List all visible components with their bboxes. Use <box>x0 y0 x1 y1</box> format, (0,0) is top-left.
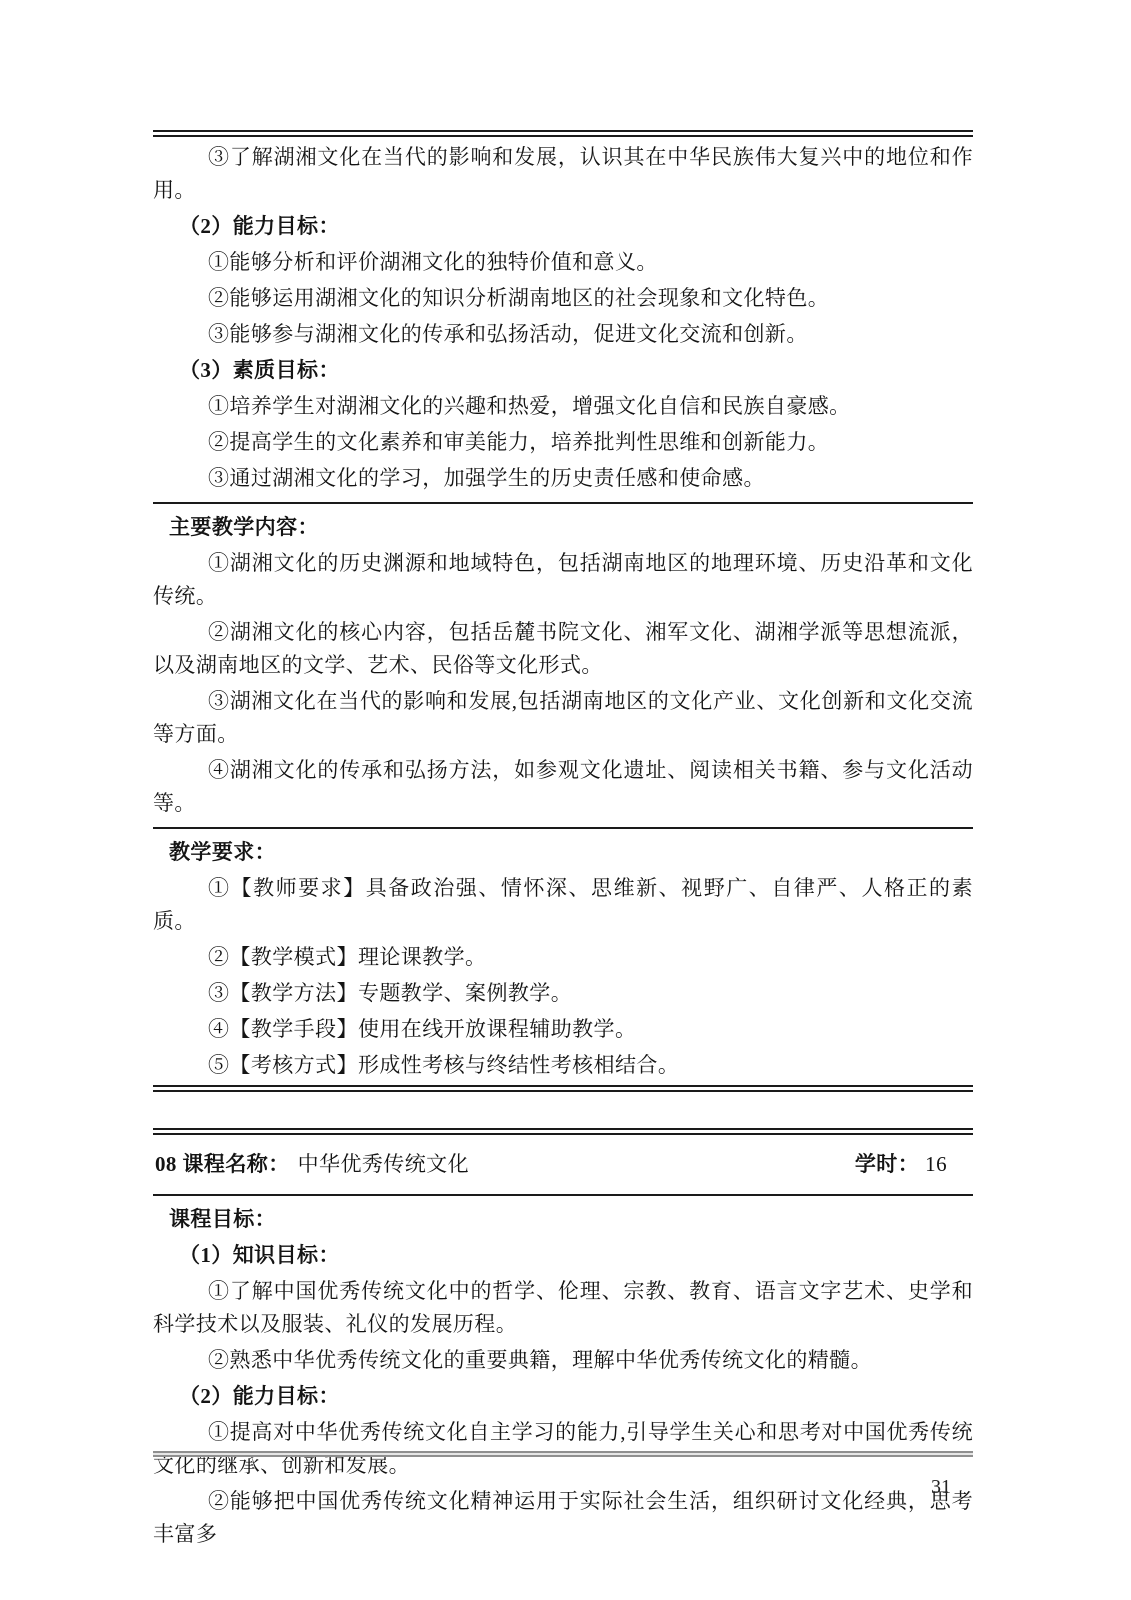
paragraph-item: ①【教师要求】具备政治强、情怀深、思维新、视野广、自律严、人格正的素质。 <box>153 872 973 938</box>
paragraph-item: ①湖湘文化的历史渊源和地域特色，包括湖南地区的地理环境、历史沿革和文化传统。 <box>153 547 973 613</box>
paragraph-item: ②熟悉中华优秀传统文化的重要典籍，理解中华优秀传统文化的精髓。 <box>153 1344 973 1377</box>
page-content: ③了解湖湘文化在当代的影响和发展，认识其在中华民族伟大复兴中的地位和作用。（2）… <box>153 128 973 1554</box>
course08-header-row: 08 课程名称： 中华优秀传统文化 学时： 16 <box>153 1139 973 1187</box>
section-heading: 课程目标： <box>153 1203 973 1236</box>
paragraph-item: ②提高学生的文化素养和审美能力，培养批判性思维和创新能力。 <box>153 426 973 459</box>
section-divider <box>153 827 973 829</box>
paragraph-item: ④湖湘文化的传承和弘扬方法，如参观文化遗址、阅读相关书籍、参与文化活动等。 <box>153 754 973 820</box>
course07-objectives-section: ③了解湖湘文化在当代的影响和发展，认识其在中华民族伟大复兴中的地位和作用。（2）… <box>153 141 973 495</box>
page-footer-border <box>153 1451 973 1457</box>
paragraph-item: ①提高对中华优秀传统文化自主学习的能力,引导学生关心和思考对中国优秀传统文化的继… <box>153 1416 973 1482</box>
course-number-label: 08 课程名称： <box>155 1148 290 1178</box>
course08-header-divider <box>153 1194 973 1196</box>
section-heading: （3）素质目标： <box>153 354 973 387</box>
paragraph-item: ⑤【考核方式】形成性考核与终结性考核相结合。 <box>153 1049 973 1082</box>
paragraph-item: ③能够参与湖湘文化的传承和弘扬活动，促进文化交流和创新。 <box>153 318 973 351</box>
paragraph-item: ④【教学手段】使用在线开放课程辅助教学。 <box>153 1013 973 1046</box>
paragraph-item: ③湖湘文化在当代的影响和发展,包括湖南地区的文化产业、文化创新和文化交流等方面。 <box>153 685 973 751</box>
paragraph-item: ②湖湘文化的核心内容，包括岳麓书院文化、湘军文化、湖湘学派等思想流派，以及湖南地… <box>153 616 973 682</box>
section-heading: （1）知识目标： <box>153 1239 973 1272</box>
paragraph-item: ②【教学模式】理论课教学。 <box>153 941 973 974</box>
document-page: ③了解湖湘文化在当代的影响和发展，认识其在中华民族伟大复兴中的地位和作用。（2）… <box>0 0 1131 1600</box>
paragraph-item: ①培养学生对湖湘文化的兴趣和热爱，增强文化自信和民族自豪感。 <box>153 390 973 423</box>
paragraph-item: ③【教学方法】专题教学、案例教学。 <box>153 977 973 1010</box>
course07-block-bottom-border <box>153 1085 973 1092</box>
section-divider <box>153 502 973 504</box>
course-name: 中华优秀传统文化 <box>298 1148 469 1178</box>
section-heading: 教学要求： <box>153 836 973 869</box>
course07-block-top-border <box>153 130 973 137</box>
course08-block-top-border <box>153 1128 973 1135</box>
block-gap <box>153 1096 973 1126</box>
paragraph-item: ②能够运用湖湘文化的知识分析湖南地区的社会现象和文化特色。 <box>153 282 973 315</box>
section-heading: （2）能力目标： <box>153 210 973 243</box>
section-heading: （2）能力目标： <box>153 1380 973 1413</box>
section-heading: 主要教学内容： <box>153 511 973 544</box>
paragraph-item: ③了解湖湘文化在当代的影响和发展，认识其在中华民族伟大复兴中的地位和作用。 <box>153 141 973 207</box>
paragraph-item: ①了解中国优秀传统文化中的哲学、伦理、宗教、教育、语言文字艺术、史学和科学技术以… <box>153 1275 973 1341</box>
course07-teaching-requirements-section: 教学要求：①【教师要求】具备政治强、情怀深、思维新、视野广、自律严、人格正的素质… <box>153 836 973 1082</box>
paragraph-item: ③通过湖湘文化的学习，加强学生的历史责任感和使命感。 <box>153 462 973 495</box>
course07-teaching-content-section: 主要教学内容：①湖湘文化的历史渊源和地域特色，包括湖南地区的地理环境、历史沿革和… <box>153 511 973 820</box>
paragraph-item: ①能够分析和评价湖湘文化的独特价值和意义。 <box>153 246 973 279</box>
course-hours-label: 学时： <box>855 1148 919 1178</box>
course-hours-value: 16 <box>925 1152 947 1177</box>
page-number: 31 <box>153 1476 973 1499</box>
